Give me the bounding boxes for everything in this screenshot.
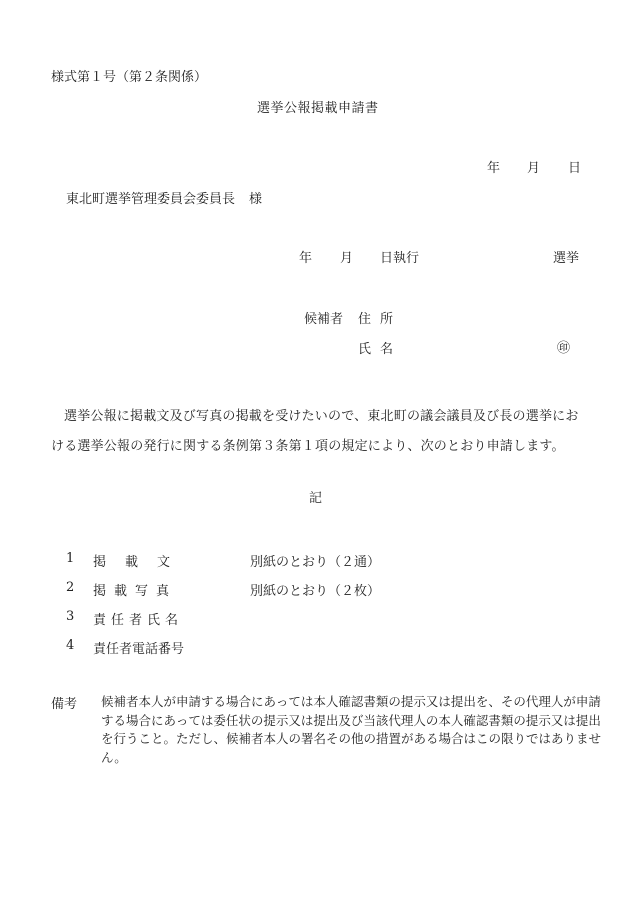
application-body-text: 選挙公報に掲載文及び写真の掲載を受けたいので、東北町の議会議員及び長の選挙におけ… (51, 402, 591, 462)
item-number: 3 (66, 609, 80, 624)
election-day-label: 日執行 (380, 252, 419, 265)
election-type-label: 選挙 (553, 252, 579, 265)
application-date-month-label: 月 (527, 162, 540, 175)
election-month-label: 月 (340, 252, 353, 265)
item-label: 責任者氏名 (93, 609, 183, 628)
item-label: 掲載文 (93, 551, 189, 570)
item-number: 4 (66, 638, 80, 653)
candidate-label: 候補者 (304, 313, 343, 326)
addressee-name: 東北町選挙管理委員会委員長 (66, 192, 235, 207)
candidate-name-label: 氏名 (358, 343, 402, 356)
document-title: 選挙公報掲載申請書 (257, 102, 379, 115)
item-number: 1 (66, 551, 80, 566)
remarks-heading: 備考 (51, 693, 77, 712)
candidate-address-label: 住所 (358, 313, 402, 326)
seal-mark-icon: ㊞ (557, 342, 570, 355)
item-value: 別紙のとおり（２枚） (250, 580, 380, 599)
remarks-text: 候補者本人が申請する場合にあっては本人確認書類の提示又は提出を、その代理人が申請… (89, 693, 601, 767)
item-value: 別紙のとおり（２通） (250, 551, 380, 570)
addressee-honorific: 様 (249, 192, 262, 207)
form-number: 様式第１号（第２条関係） (51, 71, 207, 84)
ki-heading: 記 (309, 492, 322, 505)
item-label: 掲載写真 (93, 580, 177, 599)
addressee: 東北町選挙管理委員会委員長様 (66, 193, 262, 206)
item-number: 2 (66, 580, 80, 595)
application-date-year-label: 年 (487, 162, 500, 175)
item-label: 責任者電話番号 (93, 638, 184, 657)
election-year-label: 年 (299, 252, 312, 265)
application-date-day-label: 日 (568, 162, 581, 175)
